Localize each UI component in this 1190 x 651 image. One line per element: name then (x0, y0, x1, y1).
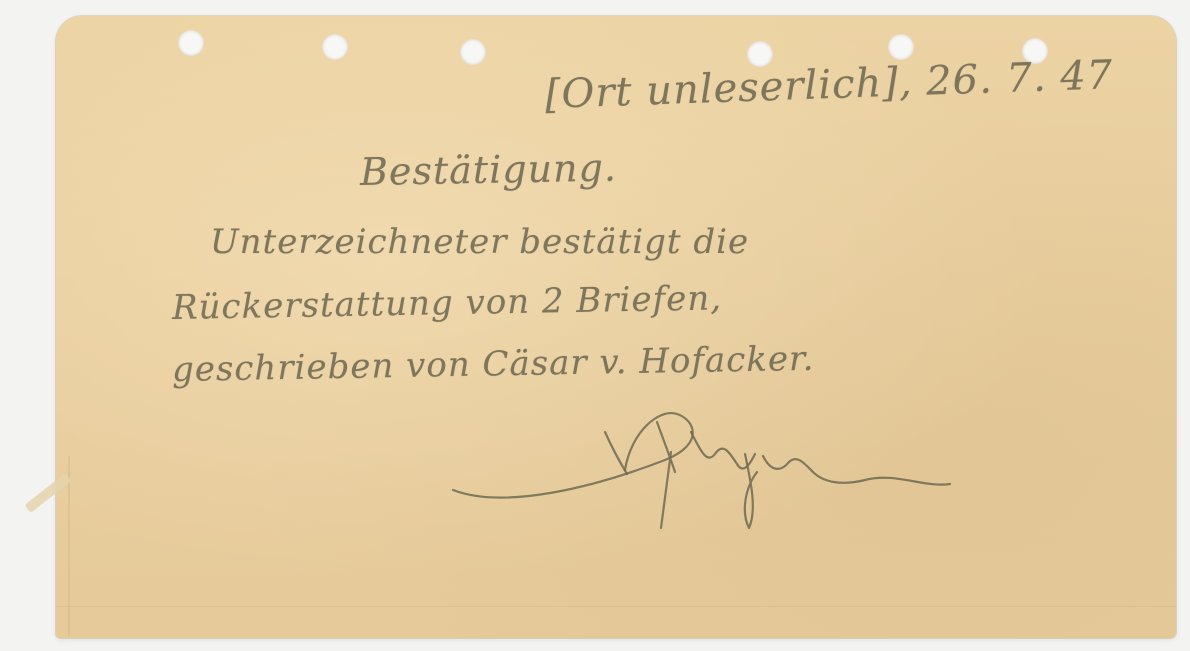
document-title: Bestätigung. (360, 146, 618, 194)
punch-hole-icon (322, 34, 348, 60)
signature (445, 392, 965, 532)
punch-hole-icon (178, 30, 204, 56)
signature-flourish-icon (445, 392, 965, 532)
punch-hole-icon (460, 39, 486, 65)
body-line-1: Unterzeichneter bestätigt die (210, 222, 749, 262)
document-stage: [Ort unleserlich], 26. 7. 47 Bestätigung… (0, 0, 1190, 651)
fold-crease (56, 606, 1176, 607)
punch-hole-icon (888, 34, 914, 60)
punch-hole-icon (747, 41, 773, 67)
